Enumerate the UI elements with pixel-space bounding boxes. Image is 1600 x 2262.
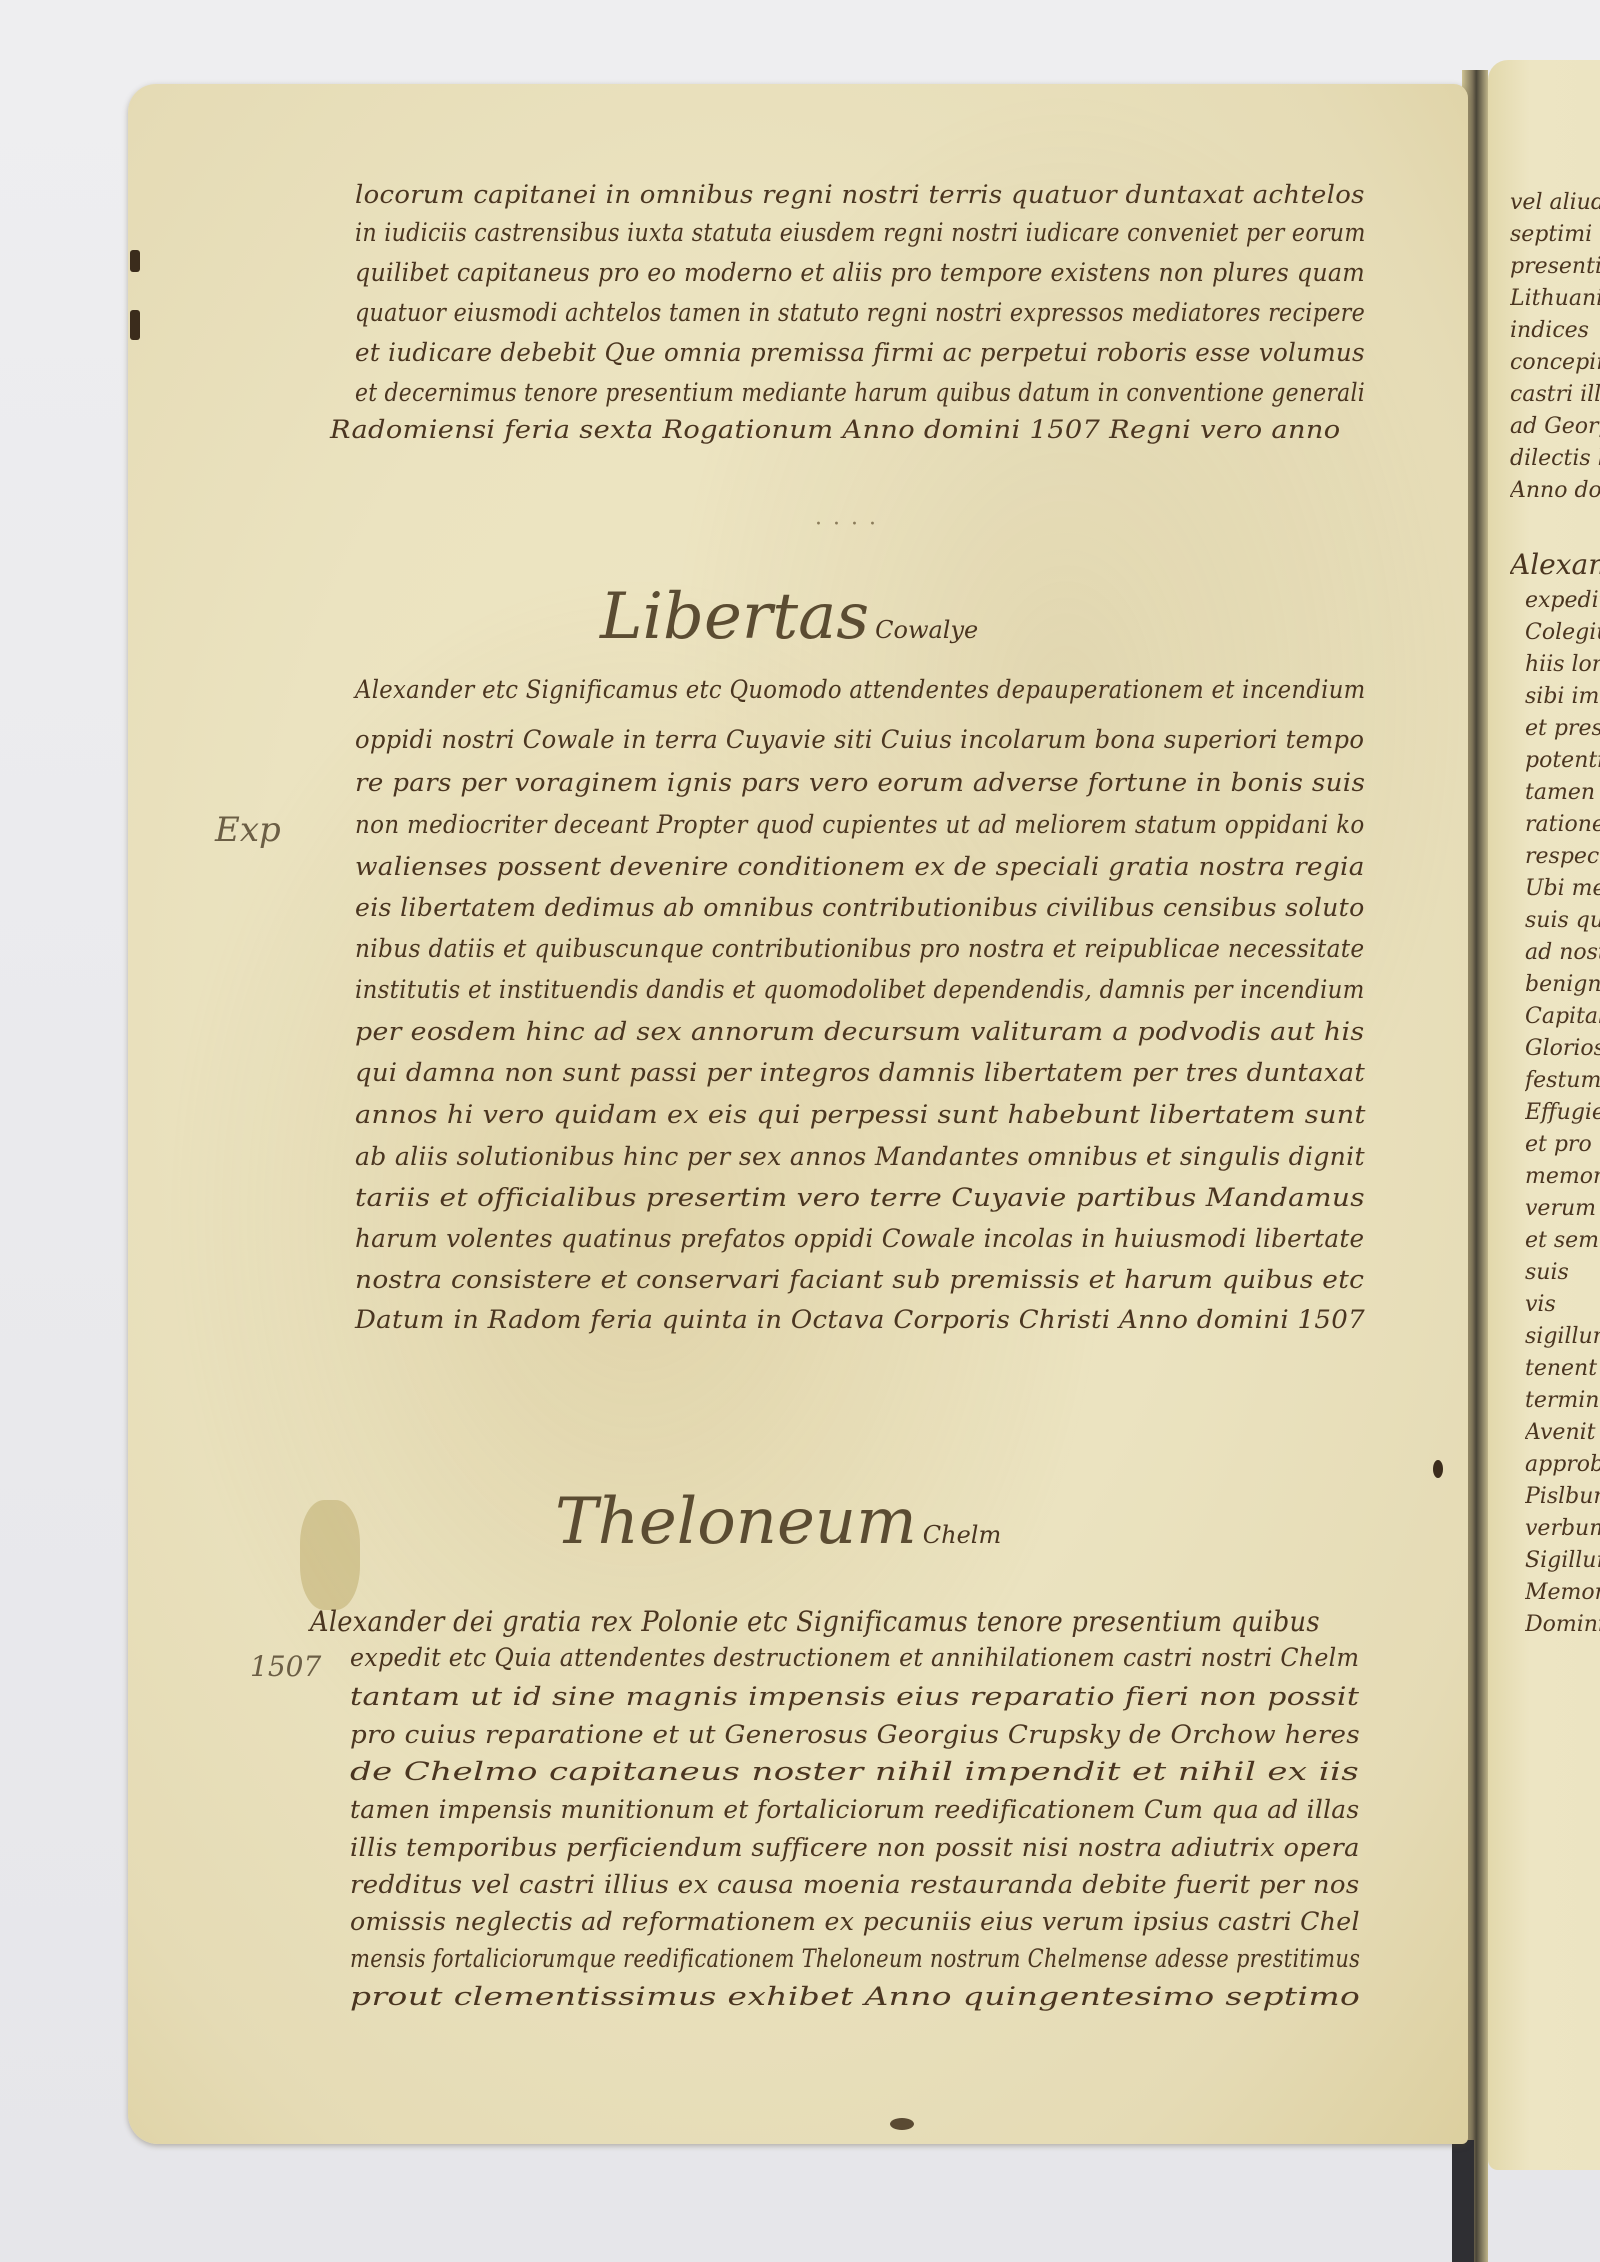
facing-text-line: Domini (1525, 1612, 1600, 1637)
text-line: pro cuius reparatione et ut Generosus Ge… (350, 1720, 1360, 1749)
section-heading-libertas: LibertasCowalye (600, 580, 978, 654)
text-line: re pars per voraginem ignis pars vero eo… (355, 768, 1365, 797)
facing-text-line: ad Georgium (1510, 414, 1600, 439)
text-line: locorum capitanei in omnibus regni nostr… (355, 180, 1365, 209)
facing-text-line: septimi (1510, 222, 1600, 247)
facing-text-line: et semel (1525, 1228, 1600, 1253)
facing-text-line: sigillum (1525, 1324, 1600, 1349)
facing-text-line: sibi imp (1525, 684, 1600, 709)
facing-text-line: festum (1525, 1068, 1600, 1093)
facing-text-line: ratione (1525, 812, 1600, 837)
facing-text-line: tenent (1525, 1356, 1600, 1381)
facing-text-line: hiis longum (1525, 652, 1600, 677)
facing-text-line: Colegium (1525, 620, 1600, 645)
text-line: Datum in Radom feria quinta in Octava Co… (355, 1305, 1365, 1334)
section-heading-theloneum: TheloneumChelm (555, 1485, 1001, 1559)
facing-text-line: concepimus (1510, 350, 1600, 375)
text-line: quatuor eiusmodi achtelos tamen in statu… (355, 298, 1365, 327)
facing-text-line: Memoriam (1525, 1580, 1600, 1605)
section-separator: · · · · (815, 512, 878, 537)
facing-text-line: et presentis (1525, 716, 1600, 741)
facing-text-line: vis (1525, 1292, 1600, 1317)
facing-text-line: suis quas (1525, 908, 1600, 933)
facing-text-line: Gloriosissimi (1525, 1036, 1600, 1061)
ink-blot (130, 250, 140, 272)
facing-text-line: vel aliud (1510, 190, 1600, 215)
facing-text-line: verbum (1525, 1516, 1600, 1541)
text-line: tantam ut id sine magnis impensis eius r… (350, 1682, 1359, 1711)
facing-text-line: terminum (1525, 1388, 1600, 1413)
text-line: institutis et instituendis dandis et quo… (355, 975, 1365, 1004)
heading-subtitle: Chelm (923, 1521, 1001, 1549)
facing-text-line: ad nostram (1525, 940, 1600, 965)
facing-text-line: et pro (1525, 1132, 1600, 1157)
text-line: expedit etc Quia attendentes destruction… (350, 1643, 1359, 1672)
margin-note-exp: Exp (215, 810, 281, 850)
binding-clip (1452, 2140, 1474, 2262)
text-line: nibus datiis et quibuscunque contributio… (355, 934, 1365, 963)
text-line: in iudiciis castrensibus iuxta statuta e… (355, 218, 1366, 247)
facing-text-line: verum (1525, 1196, 1600, 1221)
ink-blot (130, 310, 140, 340)
facing-heading: Alexander (1510, 548, 1600, 581)
text-line: oppidi nostri Cowale in terra Cuyavie si… (355, 725, 1364, 754)
text-line: et decernimus tenore presentium mediante… (355, 378, 1365, 407)
facing-text-line: Ubi mediantem (1525, 876, 1600, 901)
facing-text-line: suis (1525, 1260, 1600, 1285)
water-stain (300, 1500, 360, 1610)
text-line: Alexander dei gratia rex Polonie etc Sig… (310, 1605, 1320, 1638)
text-line: qui damna non sunt passi per integros da… (355, 1058, 1365, 1087)
text-line: et iudicare debebit Que omnia premissa f… (355, 338, 1365, 367)
heading-subtitle: Cowalye (875, 616, 978, 644)
margin-note-year: 1507 (250, 1650, 321, 1683)
text-line: annos hi vero quidam ex eis qui perpessi… (355, 1100, 1366, 1129)
text-line: Alexander etc Significamus etc Quomodo a… (355, 675, 1365, 704)
text-line: quilibet capitaneus pro eo moderno et al… (355, 258, 1365, 287)
facing-text-line: tamen (1525, 780, 1600, 805)
text-line: tariis et officialibus presertim vero te… (355, 1183, 1365, 1212)
facing-text-line: castri illius (1510, 382, 1600, 407)
facing-text-line: benignum (1525, 972, 1600, 997)
facing-text-line: respectu (1525, 844, 1600, 869)
text-line: tamen impensis munitionum et fortalicior… (350, 1795, 1359, 1824)
facing-text-line: Capitali (1525, 1004, 1600, 1029)
text-line: omissis neglectis ad reformationem ex pe… (350, 1907, 1360, 1936)
text-line: Radomiensi feria sexta Rogationum Anno d… (330, 415, 1340, 444)
text-line: harum volentes quatinus prefatos oppidi … (355, 1224, 1364, 1253)
text-line: non mediocriter deceant Propter quod cup… (355, 810, 1365, 839)
text-line: walienses possent devenire conditionem e… (355, 852, 1365, 881)
facing-text-line: Lithuanie (1510, 286, 1600, 311)
text-line: de Chelmo capitaneus noster nihil impend… (350, 1757, 1359, 1786)
facing-text-line: presentibus (1510, 254, 1600, 279)
facing-text-line: approbaverit (1525, 1452, 1600, 1477)
facing-text-line: Sigillum (1525, 1548, 1600, 1573)
facing-text-line: expedit (1525, 588, 1600, 613)
heading-title: Theloneum (555, 1485, 917, 1559)
facing-text-line: Anno domini (1510, 478, 1600, 503)
text-line: nostra consistere et conservari faciant … (355, 1265, 1364, 1294)
facing-text-line: Pislburgi (1525, 1484, 1600, 1509)
ink-blot (890, 2118, 914, 2130)
text-line: redditus vel castri illius ex causa moen… (350, 1870, 1360, 1899)
text-line: prout clementissimus exhibet Anno quinge… (350, 1982, 1360, 2011)
text-line: ab aliis solutionibus hinc per sex annos… (355, 1142, 1365, 1171)
text-line: eis libertatem dedimus ab omnibus contri… (355, 893, 1365, 922)
facing-text-line: indices (1510, 318, 1600, 343)
facing-text-line: memoratum (1525, 1164, 1600, 1189)
facing-text-line: potentiam (1525, 748, 1600, 773)
text-line: illis temporibus perficiendum sufficere … (350, 1833, 1360, 1862)
facing-text-line: dilectis heredis (1510, 446, 1600, 471)
text-line: mensis fortaliciorumque reedificationem … (350, 1944, 1360, 1973)
facing-text-line: Effugientes (1525, 1100, 1600, 1125)
heading-title: Libertas (600, 580, 869, 654)
facing-text-line: Avenit (1525, 1420, 1600, 1445)
text-line: per eosdem hinc ad sex annorum decursum … (355, 1017, 1364, 1046)
ink-blot (1433, 1460, 1443, 1478)
